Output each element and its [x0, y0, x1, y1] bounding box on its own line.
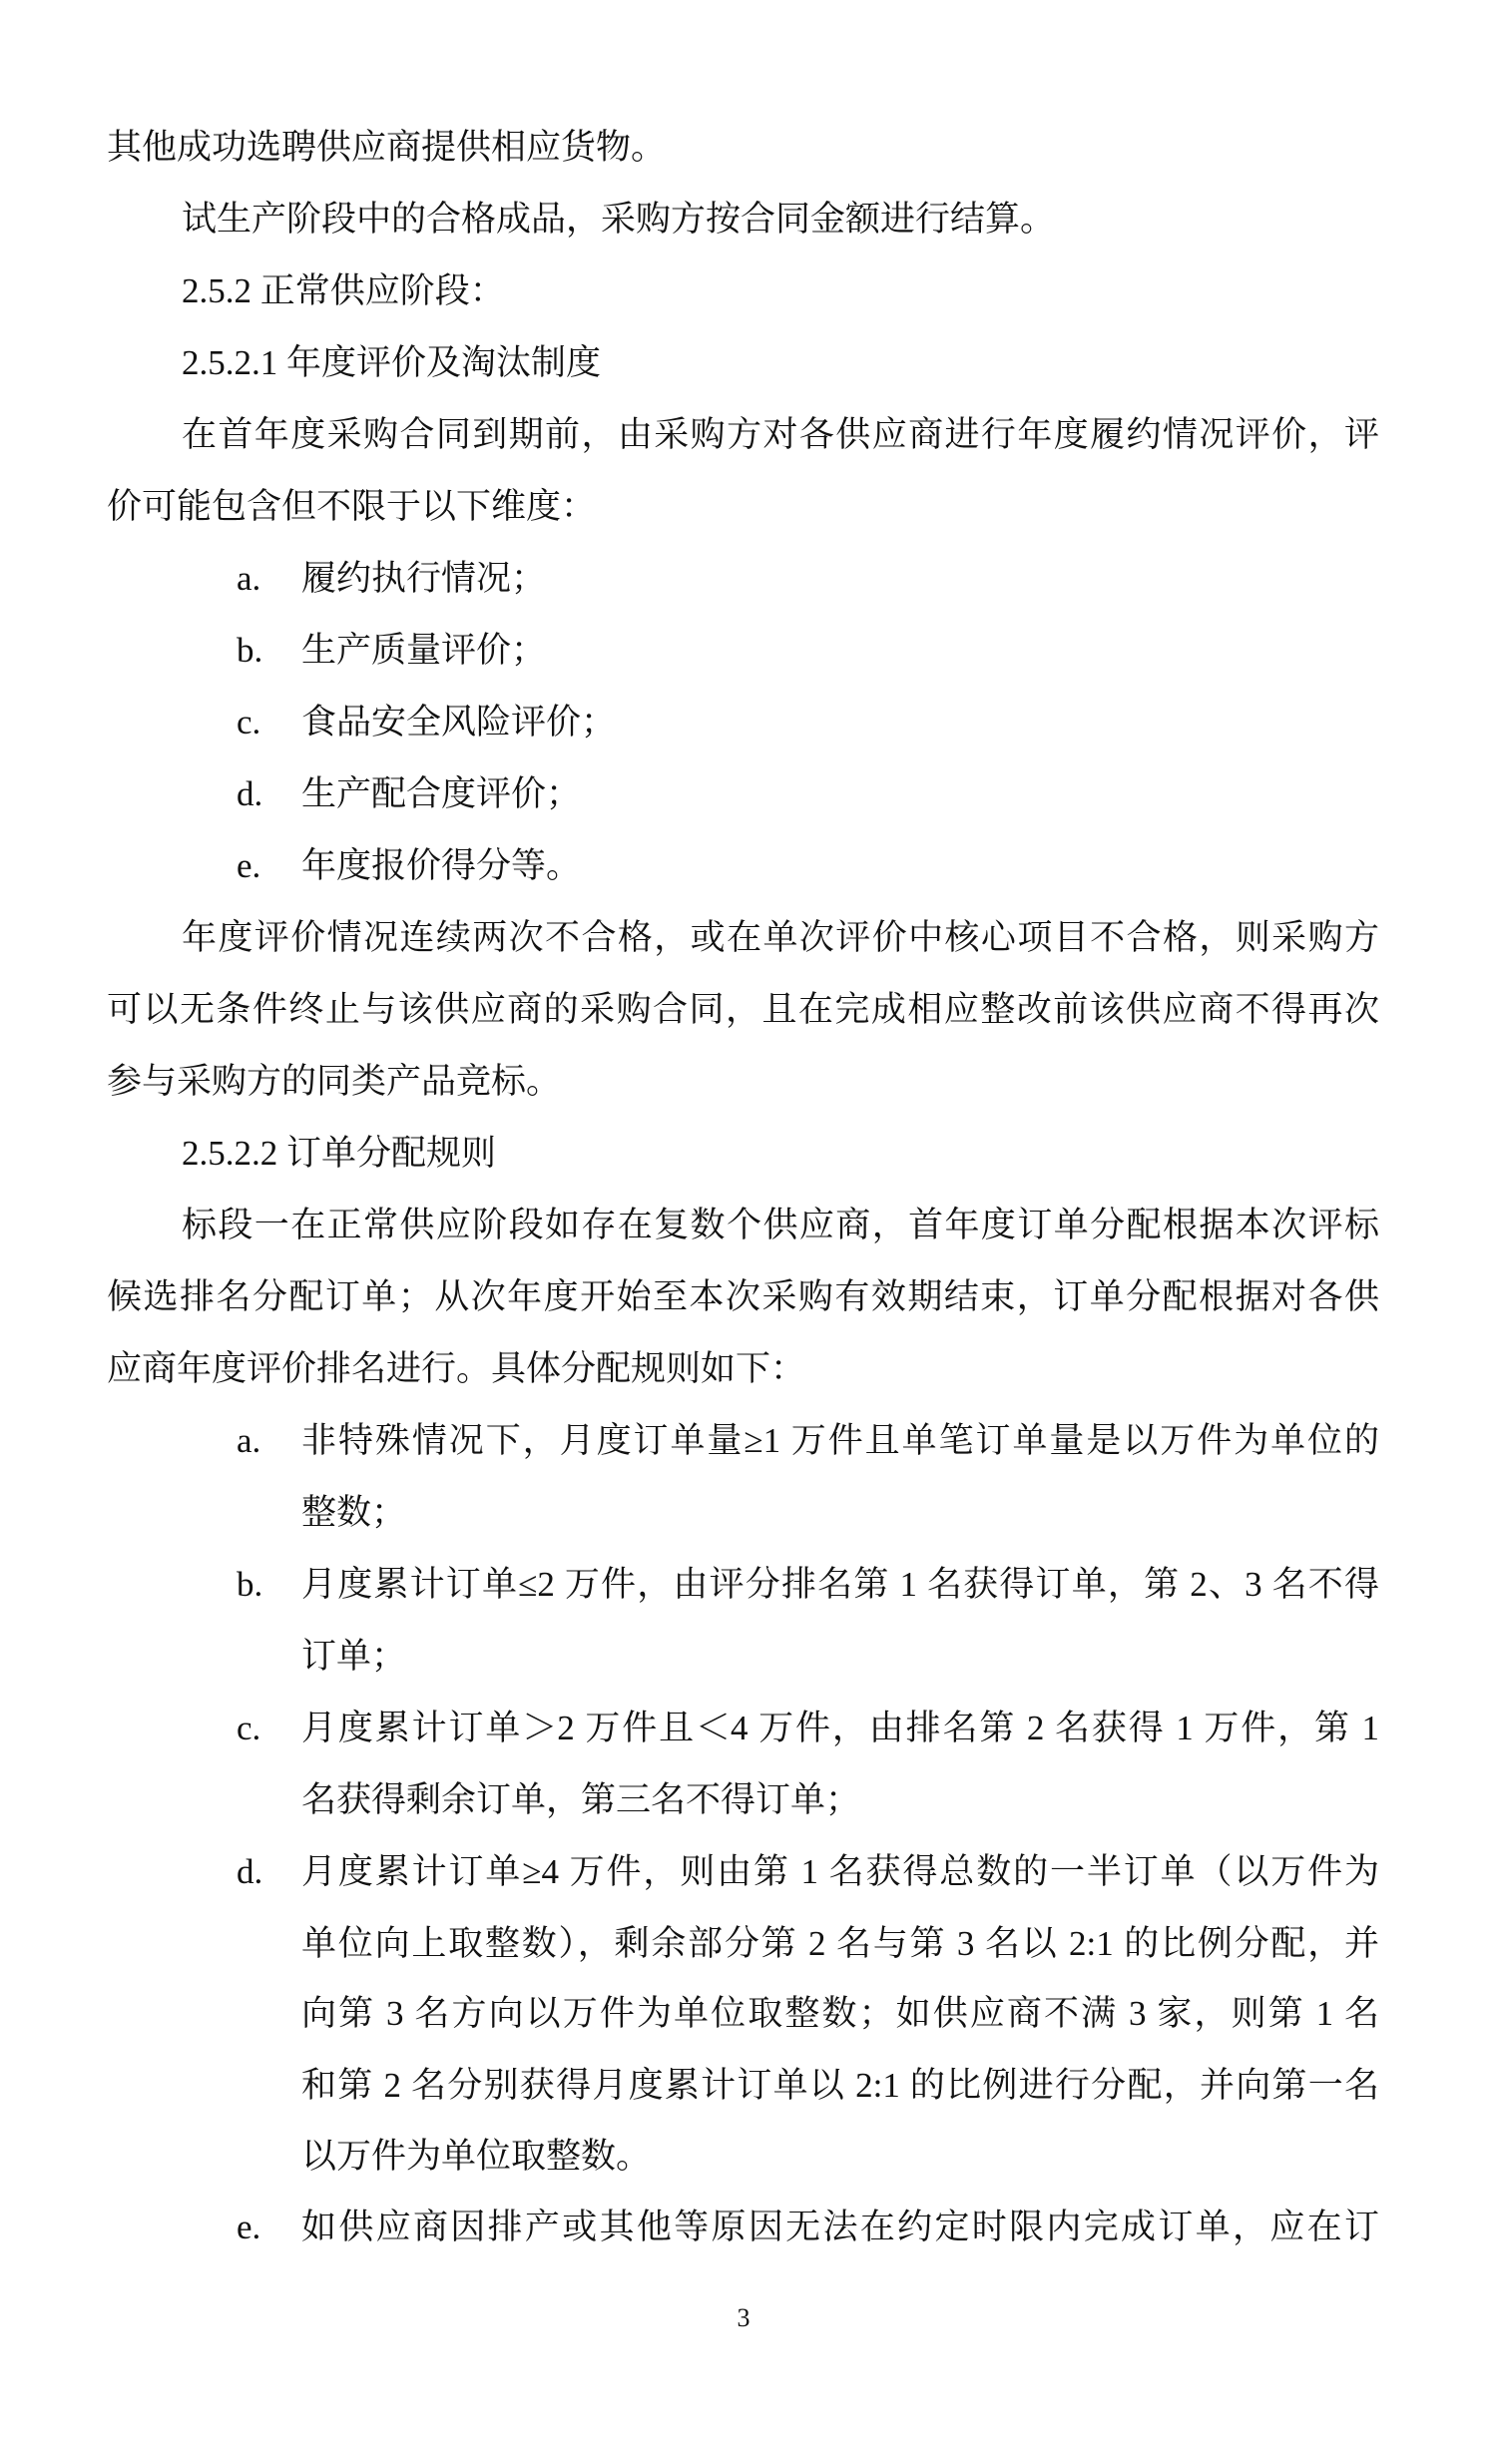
paragraph-annual-evaluation-line: 在首年度采购合同到期前，由采购方对各供应商进行年度履约情况评价，评: [182, 413, 1379, 457]
heading-title: 正常供应阶段：: [260, 271, 505, 310]
list-marker: a.: [237, 1419, 260, 1463]
list-marker: b.: [237, 629, 262, 673]
list-item-continuation: 向第 3 名方向以万件为单位取整数；如供应商不满 3 家，则第 1 名: [301, 1992, 1379, 2036]
page-number: 3: [729, 2301, 758, 2335]
heading-title: 年度评价及淘汰制度: [286, 343, 601, 382]
heading-number: 2.5.2.2: [182, 1134, 277, 1173]
list-item: 生产质量评价；: [301, 629, 546, 673]
list-item-continuation: 和第 2 名分别获得月度累计订单以 2:1 的比例进行分配，并向第一名: [301, 2064, 1379, 2108]
list-marker: c.: [237, 701, 260, 744]
list-item: 生产配合度评价；: [301, 772, 581, 816]
list-marker: d.: [237, 1850, 262, 1894]
paragraph-order-allocation-line: 候选排名分配订单；从次年度开始至本次采购有效期结束，订单分配根据对各供: [107, 1275, 1379, 1319]
paragraph-termination-line: 参与采购方的同类产品竞标。: [107, 1060, 561, 1104]
paragraph-termination-line: 可以无条件终止与该供应商的采购合同，且在完成相应整改前该供应商不得再次: [107, 988, 1379, 1032]
list-item: 月度累计订单＞2 万件且＜4 万件，由排名第 2 名获得 1 万件，第 1: [301, 1707, 1379, 1750]
paragraph-order-allocation-line: 应商年度评价排名进行。具体分配规则如下：: [107, 1347, 805, 1391]
list-item: 履约执行情况；: [301, 557, 546, 601]
list-item-continuation: 订单；: [301, 1635, 406, 1679]
list-marker: c.: [237, 1707, 260, 1750]
heading-number: 2.5.2: [182, 271, 251, 310]
list-item-continuation: 单位向上取整数），剩余部分第 2 名与第 3 名以 2:1 的比例分配，并: [301, 1922, 1379, 1966]
heading-2-5-2: 2.5.2 正常供应阶段：: [182, 269, 505, 313]
list-marker: e.: [237, 2206, 260, 2249]
list-item: 年度报价得分等。: [301, 844, 581, 888]
list-marker: d.: [237, 772, 262, 816]
list-marker: e.: [237, 844, 260, 888]
list-item-continuation: 整数；: [301, 1491, 406, 1535]
document-page: 其他成功选聘供应商提供相应货物。 试生产阶段中的合格成品，采购方按合同金额进行结…: [0, 0, 1497, 2464]
heading-title: 订单分配规则: [286, 1134, 496, 1173]
list-marker: a.: [237, 557, 260, 601]
list-item: 食品安全风险评价；: [301, 701, 616, 744]
list-item: 月度累计订单≥4 万件，则由第 1 名获得总数的一半订单（以万件为: [301, 1850, 1379, 1894]
list-item: 非特殊情况下，月度订单量≥1 万件且单笔订单量是以万件为单位的: [301, 1419, 1379, 1463]
heading-number: 2.5.2.1: [182, 343, 277, 382]
heading-2-5-2-2: 2.5.2.2 订单分配规则: [182, 1132, 496, 1176]
list-item-continuation: 名获得剩余订单，第三名不得订单；: [301, 1778, 860, 1822]
heading-2-5-2-1: 2.5.2.1 年度评价及淘汰制度: [182, 341, 601, 385]
paragraph-trial-settlement: 试生产阶段中的合格成品，采购方按合同金额进行结算。: [182, 198, 1055, 242]
continuation-text: 其他成功选聘供应商提供相应货物。: [107, 126, 666, 170]
paragraph-termination-line: 年度评价情况连续两次不合格，或在单次评价中核心项目不合格，则采购方: [182, 916, 1379, 960]
paragraph-order-allocation-line: 标段一在正常供应阶段如存在复数个供应商，首年度订单分配根据本次评标: [182, 1204, 1379, 1247]
list-item: 月度累计订单≤2 万件，由评分排名第 1 名获得订单，第 2、3 名不得: [301, 1563, 1379, 1607]
list-item: 如供应商因排产或其他等原因无法在约定时限内完成订单，应在订: [301, 2206, 1379, 2249]
list-marker: b.: [237, 1563, 262, 1607]
list-item-continuation: 以万件为单位取整数。: [301, 2135, 651, 2179]
paragraph-annual-evaluation-line: 价可能包含但不限于以下维度：: [107, 485, 596, 529]
